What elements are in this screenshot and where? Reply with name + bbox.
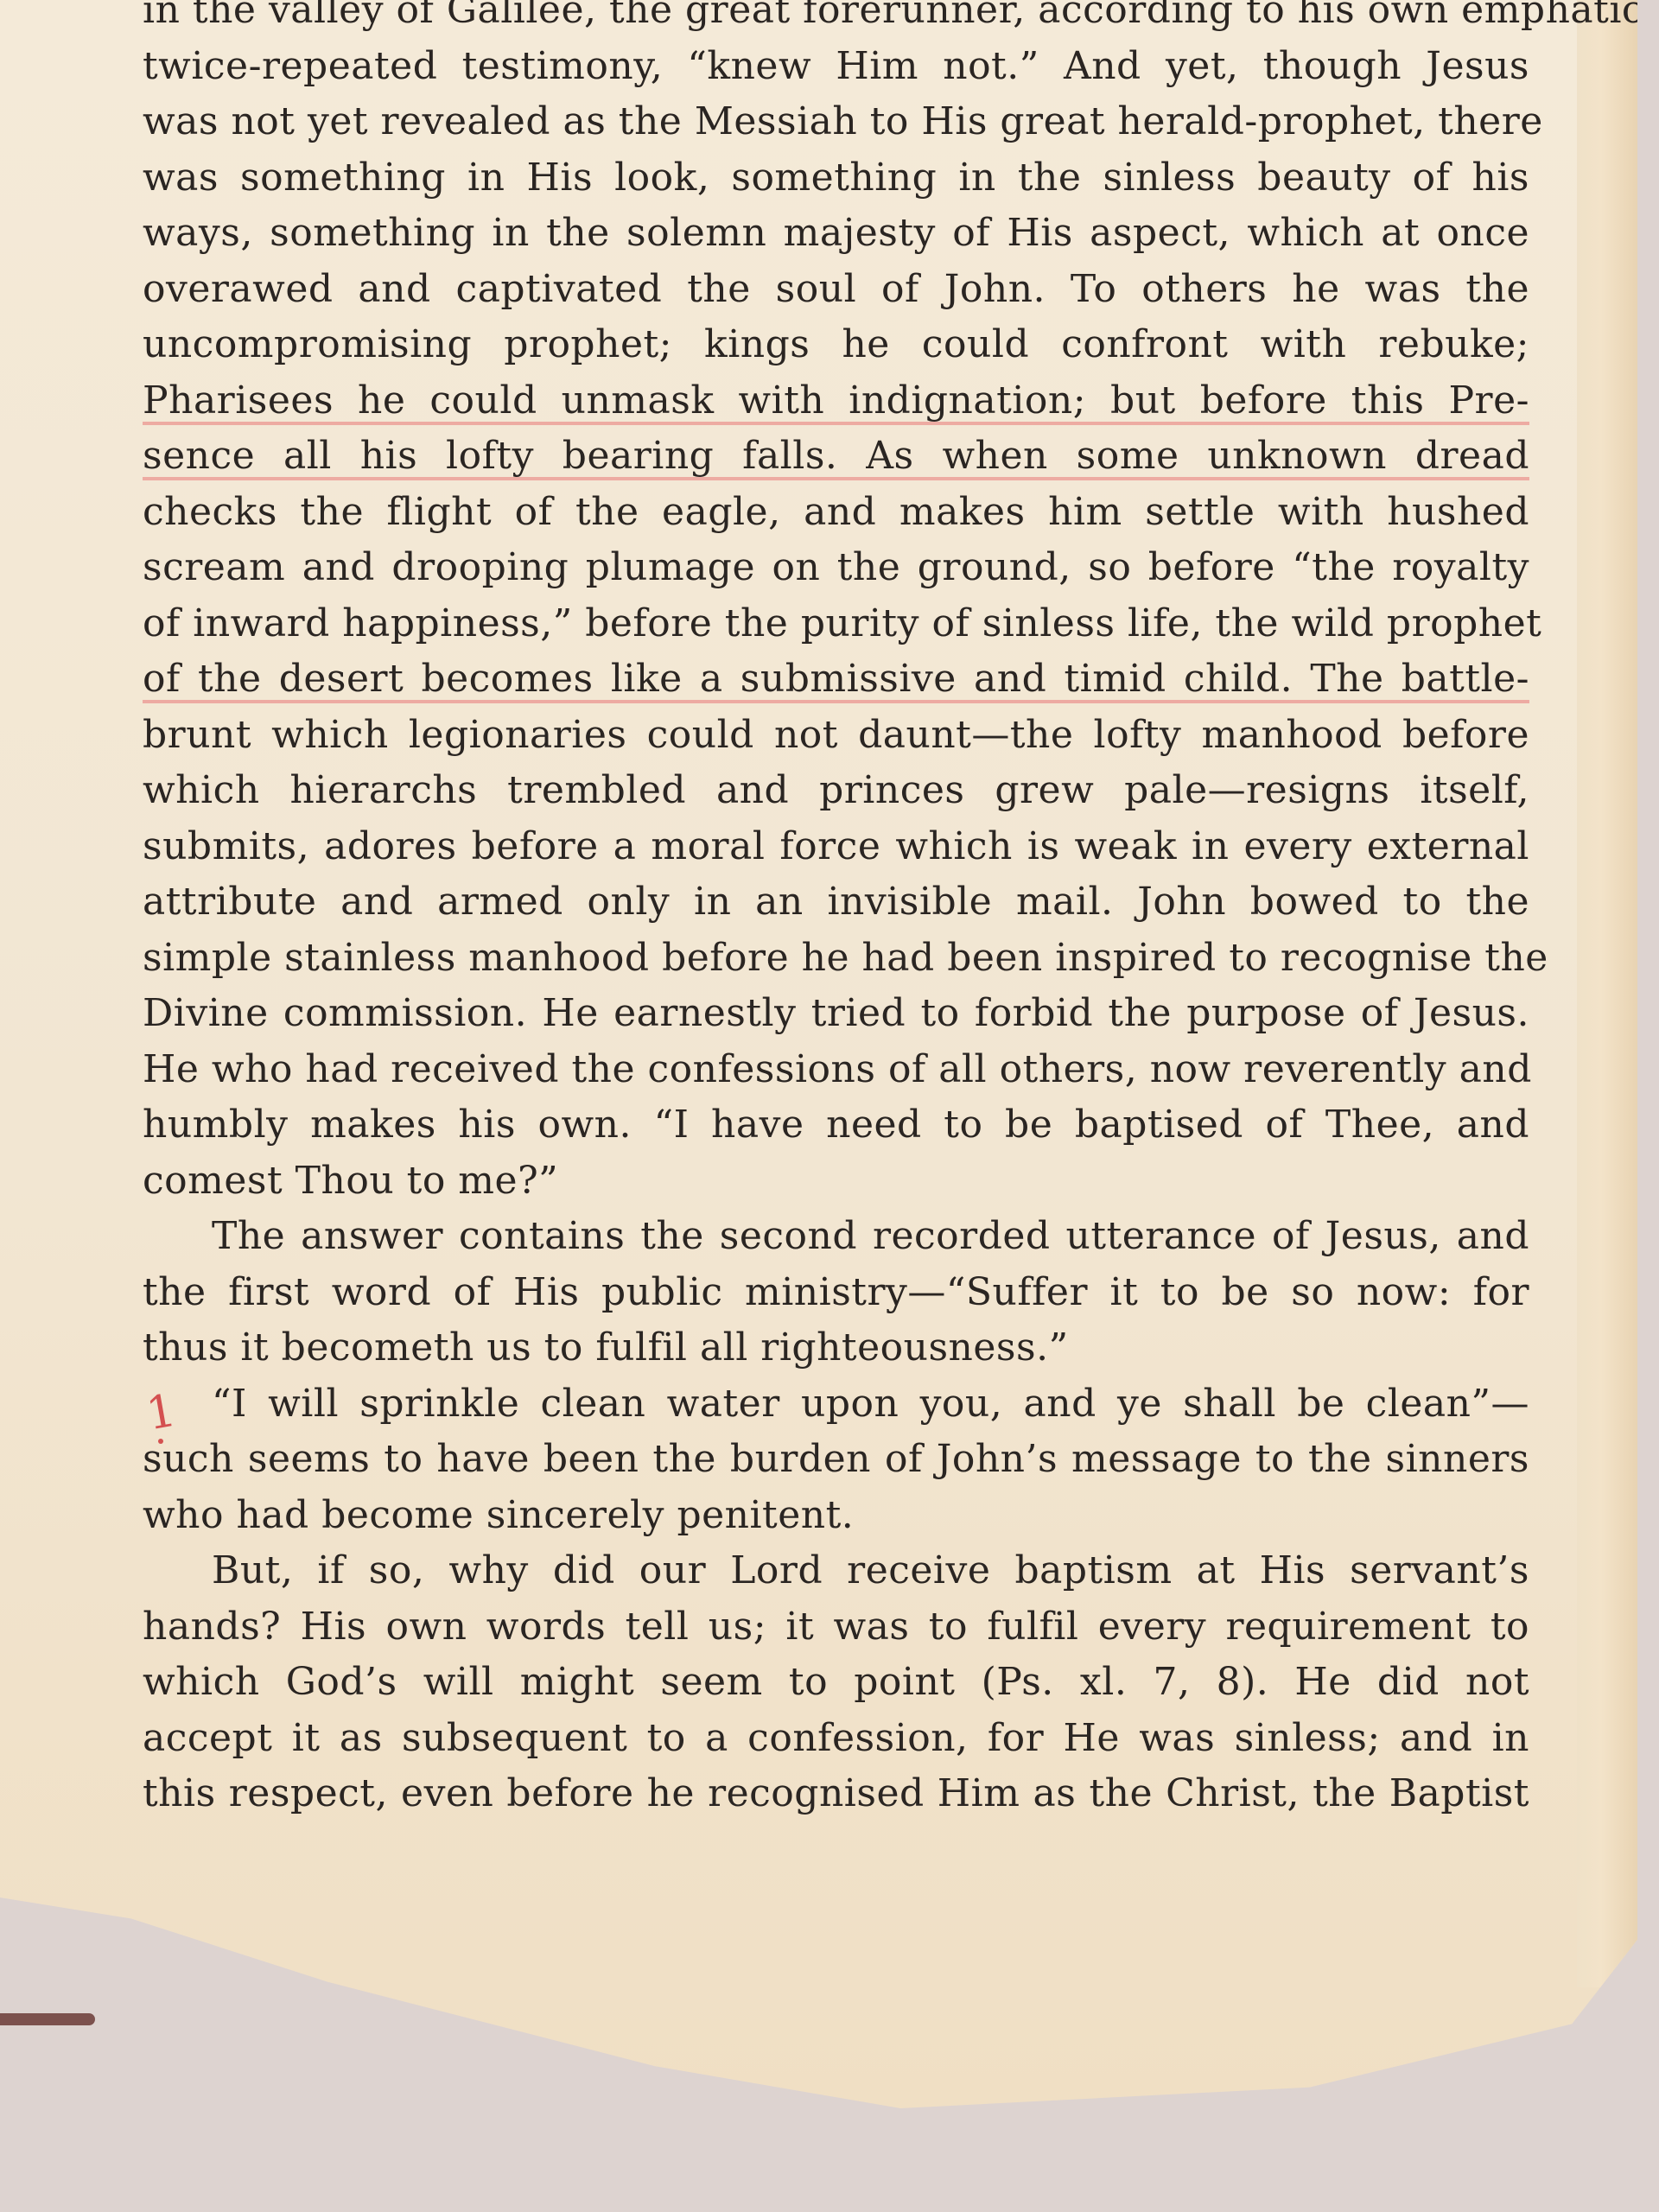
text-line: which God’s will might seem to point (Ps… (143, 1655, 1529, 1711)
text-line: thus it becometh us to fulfil all righte… (143, 1320, 1529, 1376)
text-line: uncompromising prophet; kings he could c… (143, 317, 1529, 373)
page-edge (1577, 0, 1637, 1987)
text-line: the first word of His public ministry—“S… (143, 1265, 1529, 1321)
text-line: ways, something in the solemn majesty of… (143, 206, 1529, 262)
text-line-underlined: of the desert becomes like a submissive … (143, 652, 1529, 708)
text-line: such seems to have been the burden of Jo… (143, 1432, 1529, 1488)
text-line: simple stainless manhood before he had b… (143, 931, 1529, 987)
text-line: hands? His own words tell us; it was to … (143, 1599, 1529, 1656)
text-line: “I will sprinkle clean water upon you, a… (143, 1376, 1529, 1433)
text-line: The answer contains the second recorded … (143, 1209, 1529, 1265)
text-line: this respect, even before he recognised … (143, 1766, 1529, 1822)
text-line: checks the flight of the eagle, and make… (143, 485, 1529, 541)
text-line: scream and drooping plumage on the groun… (143, 540, 1529, 596)
text-line: attribute and armed only in an invisible… (143, 874, 1529, 931)
text-line: of inward happiness,” before the purity … (143, 596, 1529, 652)
book-page: in the valley of Galilee, the great fore… (0, 0, 1637, 2108)
text-line: twice-repeated testimony, “knew Him not.… (143, 39, 1529, 95)
text-line: But, if so, why did our Lord receive bap… (143, 1543, 1529, 1599)
text-line: in the valley of Galilee, the great fore… (143, 0, 1529, 39)
text-line: comest Thou to me?” (143, 1154, 1529, 1210)
text-line: overawed and captivated the soul of John… (143, 262, 1529, 318)
body-text: in the valley of Galilee, the great fore… (143, 0, 1529, 1822)
margin-annotation-dot (158, 1439, 163, 1444)
text-line: He who had received the confessions of a… (143, 1042, 1529, 1098)
text-line: was not yet revealed as the Messiah to H… (143, 94, 1529, 150)
text-line: accept it as subsequent to a confession,… (143, 1711, 1529, 1767)
text-line-underlined: sence all his lofty bearing falls. As wh… (143, 429, 1529, 485)
text-line: brunt which legionaries could not daunt—… (143, 708, 1529, 764)
text-line: Divine commission. He earnestly tried to… (143, 986, 1529, 1042)
text-line: was something in His look, something in … (143, 150, 1529, 207)
text-line: humbly makes his own. “I have need to be… (143, 1097, 1529, 1154)
text-line: submits, adores before a moral force whi… (143, 819, 1529, 875)
text-line-underlined: Pharisees he could unmask with indignati… (143, 373, 1529, 429)
text-line: which hierarchs trembled and princes gre… (143, 763, 1529, 819)
book-cover-edge (0, 2013, 95, 2025)
text-line: who had become sincerely penitent. (143, 1488, 1529, 1544)
